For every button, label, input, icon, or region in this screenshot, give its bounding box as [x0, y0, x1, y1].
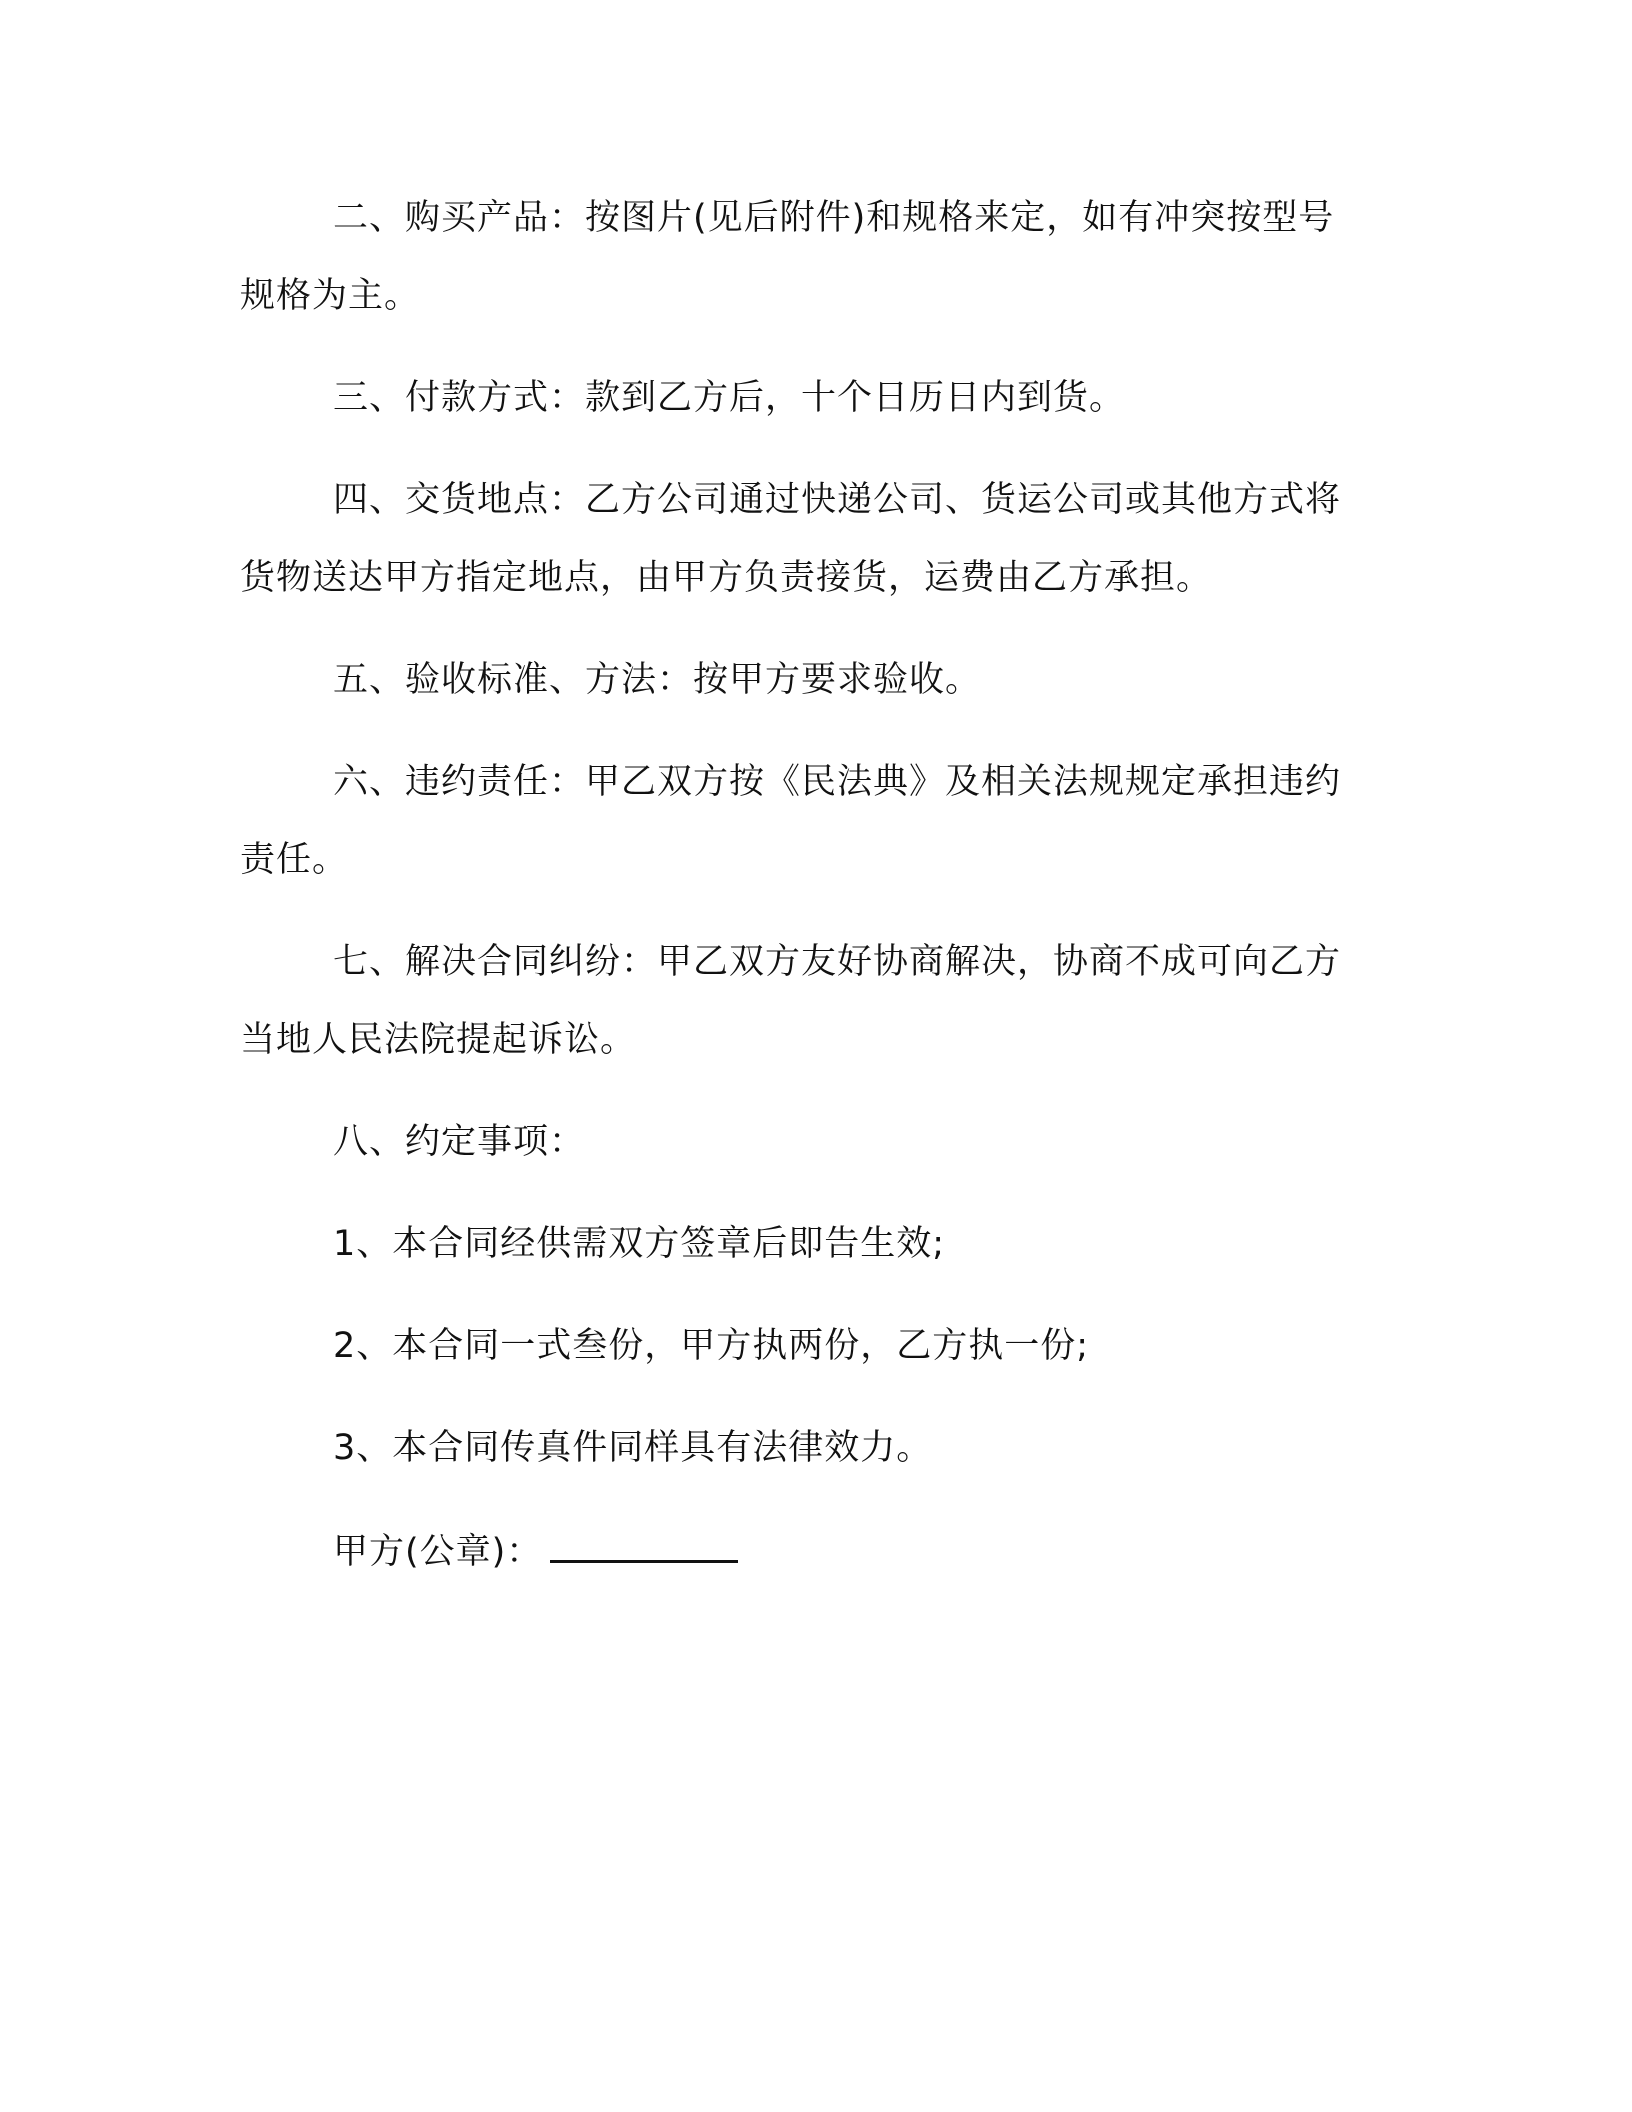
clause-8-heading: 八、约定事项： [333, 1120, 585, 1164]
document-page: 二、购买产品：按图片(见后附件)和规格来定，如有冲突按型号 规格为主。 三、付款… [0, 0, 1632, 2112]
clause-2-line-2: 规格为主。 [240, 274, 420, 318]
clause-6-line-2: 责任。 [240, 838, 348, 882]
signature-blank [550, 1528, 738, 1563]
clause-5-line-1: 五、验收标准、方法：按甲方要求验收。 [333, 658, 981, 702]
clause-4-line-1: 四、交货地点：乙方公司通过快递公司、货运公司或其他方式将 [333, 478, 1341, 522]
clause-4-line-2: 货物送达甲方指定地点，由甲方负责接货，运费由乙方承担。 [240, 556, 1212, 600]
clause-7-line-2: 当地人民法院提起诉讼。 [240, 1018, 636, 1062]
agreement-item-1: 1、本合同经供需双方签章后即告生效; [333, 1222, 945, 1266]
clause-2-line-1: 二、购买产品：按图片(见后附件)和规格来定，如有冲突按型号 [333, 196, 1334, 240]
signature-line: 甲方(公章)： [333, 1528, 738, 1574]
agreement-item-3: 3、本合同传真件同样具有法律效力。 [333, 1426, 932, 1470]
clause-3-line-1: 三、付款方式：款到乙方后，十个日历日内到货。 [333, 376, 1125, 420]
clause-6-line-1: 六、违约责任：甲乙双方按《民法典》及相关法规规定承担违约 [333, 760, 1341, 804]
clause-7-line-1: 七、解决合同纠纷：甲乙双方友好协商解决，协商不成可向乙方 [333, 940, 1341, 984]
agreement-item-2: 2、本合同一式叁份，甲方执两份，乙方执一份; [333, 1324, 1089, 1368]
signature-label: 甲方(公章)： [333, 1532, 542, 1572]
